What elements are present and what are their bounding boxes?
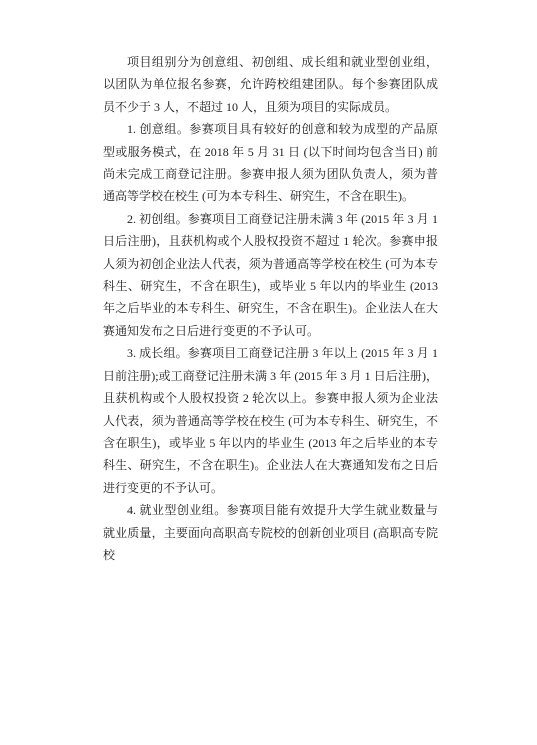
document-page: 项目组别分为创意组、初创组、成长组和就业型创业组，以团队为单位报名参赛，允许跨校… [0, 0, 537, 745]
paragraph-growth-group: 3. 成长组。参赛项目工商登记注册 3 年以上 (2015 年 3 月 1 日前… [103, 342, 438, 499]
text-body: 项目组别分为创意组、初创组、成长组和就业型创业组，以团队为单位报名参赛，允许跨校… [103, 51, 438, 566]
paragraph-startup-group: 2. 初创组。参赛项目工商登记注册未满 3 年 (2015 年 3 月 1 日后… [103, 208, 438, 342]
paragraph-creative-group: 1. 创意组。参赛项目具有较好的创意和较为成型的产品原型或服务模式，在 2018… [103, 118, 438, 208]
paragraph-group-overview: 项目组别分为创意组、初创组、成长组和就业型创业组，以团队为单位报名参赛，允许跨校… [103, 51, 438, 118]
paragraph-employment-group: 4. 就业型创业组。参赛项目能有效提升大学生就业数量与就业质量，主要面向高职高专… [103, 499, 438, 566]
